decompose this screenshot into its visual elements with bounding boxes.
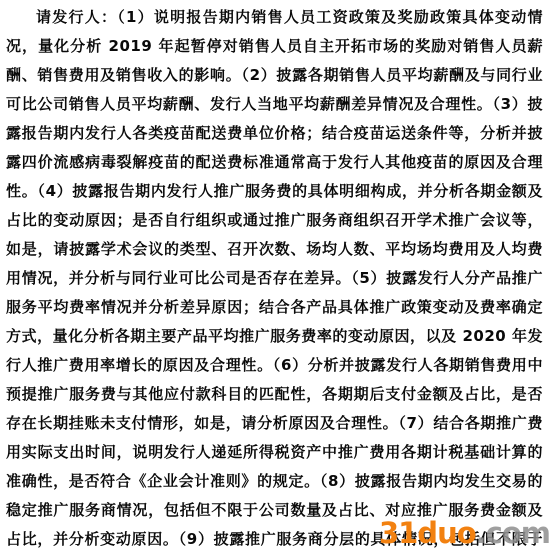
document-page: 请发行人：（1）说明报告期内销售人员工资政策及奖励政策具体变动情 况，量化分析 … <box>0 0 550 554</box>
text-line: 行人推广费用率增长的原因及合理性。（6）分析并披露发行人各期销售费用中 <box>6 351 543 380</box>
text-line: 性。（4）披露报告期内发行人推广服务费的具体明细构成，并分析各期金额及 <box>6 177 543 206</box>
text-line: 露报告期内发行人各类疫苗配送费单位价格；结合疫苗运送条件等，分析并披 <box>6 119 543 148</box>
text-line: 用情况，并分析与同行业可比公司是否存在差异。（5）披露发行人分产品推广 <box>6 264 543 293</box>
text-line: 占比的变动原因；是否自行组织或通过推广服务商组织召开学术推广会议等， <box>6 206 543 235</box>
text-line: 方式，量化分析各期主要产品平均推广服务费率的变动原因，以及 2020 年发 <box>6 322 543 351</box>
text-line: 用实际支出时间，说明发行人递延所得税资产中推广费用各期计税基础计算的 <box>6 438 543 467</box>
text-line: 准确性，是否符合《企业会计准则》的规定。（8）披露报告期内均发生交易的 <box>6 467 543 496</box>
text-line: 可比公司销售人员平均薪酬、发行人当地平均薪酬差异情况及合理性。（3）披 <box>6 90 543 119</box>
text-line: 酬、销售费用及销售收入的影响。（2）披露各期销售人员平均薪酬及与同行业 <box>6 61 543 90</box>
text-line: 存在长期挂账未支付情形，如是，请分析原因及合理性。（7）结合各期推广费 <box>6 409 543 438</box>
text-line: 预提推广服务费与其他应付款科目的匹配性，各期期后支付金额及占比，是否 <box>6 380 543 409</box>
text-line: 占比，并分析变动原因。（9）披露推广服务商分层的具体情况，包括但不限于 <box>6 525 543 554</box>
inquiry-paragraph: 请发行人：（1）说明报告期内销售人员工资政策及奖励政策具体变动情 况，量化分析 … <box>6 3 543 554</box>
text-line: 稳定推广服务商情况，包括但不限于公司数量及占比、对应推广服务费金额及 <box>6 496 543 525</box>
text-line: 如是，请披露学术会议的类型、召开次数、场均人数、平均场均费用及人均费 <box>6 235 543 264</box>
text-line: 服务平均费率情况并分析差异原因；结合各产品具体推广政策变动及费率确定 <box>6 293 543 322</box>
text-line: 请发行人：（1）说明报告期内销售人员工资政策及奖励政策具体变动情 <box>6 3 543 32</box>
text-line: 况，量化分析 2019 年起暂停对销售人员自主开拓市场的奖励对销售人员薪 <box>6 32 543 61</box>
text-line: 露四价流感病毒裂解疫苗的配送费标准通常高于发行人其他疫苗的原因及合理 <box>6 148 543 177</box>
